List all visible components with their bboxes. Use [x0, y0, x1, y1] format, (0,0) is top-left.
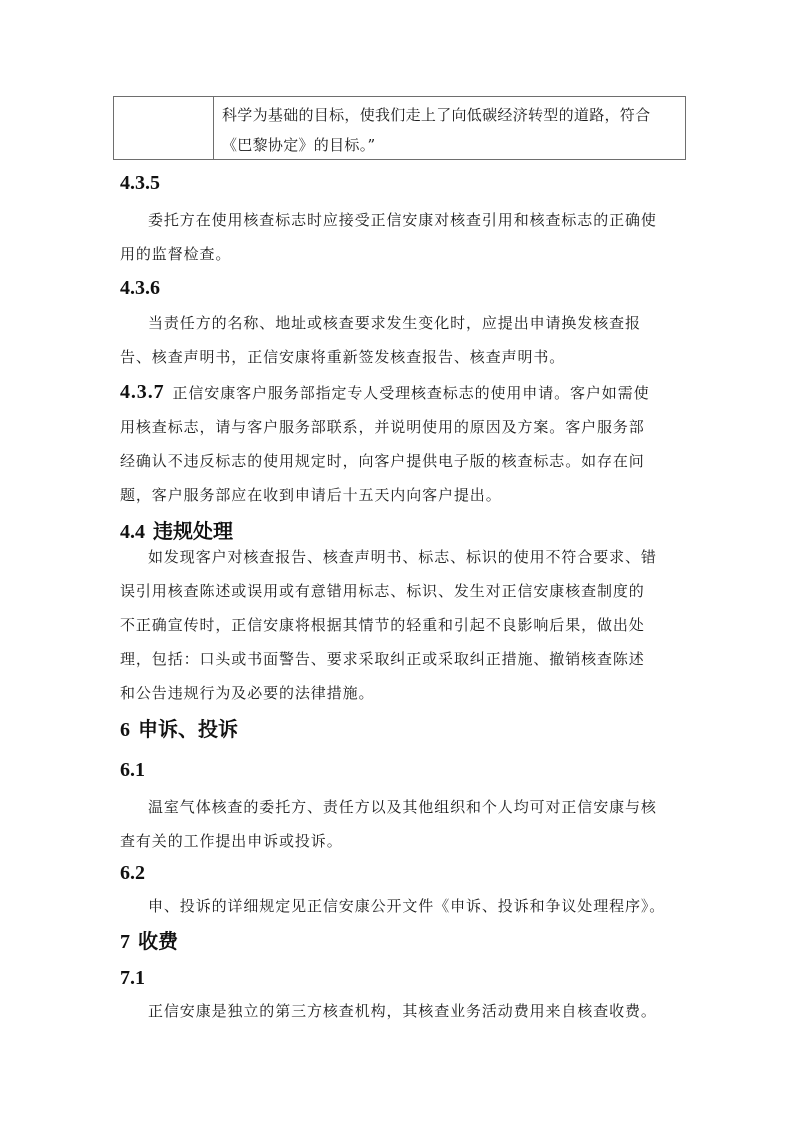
paragraph-text: 申、投诉的详细规定见正信安康公开文件《申诉、投诉和争议处理程序》。 — [148, 897, 665, 915]
section-number: 6 — [120, 719, 130, 741]
heading-4-3-5: 4.3.5 — [120, 172, 160, 195]
heading-7-1: 7.1 — [120, 967, 145, 990]
section-title: 申诉、投诉 — [138, 719, 238, 741]
paragraph-text: 委托方在使用核查标志时应接受正信安康对核查引用和核查标志的正确使用的监督检查。 — [120, 211, 657, 263]
paragraph-4-3-5: 委托方在使用核查标志时应接受正信安康对核查引用和核查标志的正确使用的监督检查。 — [120, 203, 660, 271]
paragraph-4-4: 如发现客户对核查报告、核查声明书、标志、标识的使用不符合要求、错误引用核查陈述或… — [120, 540, 660, 710]
paragraph-7-1: 正信安康是独立的第三方核查机构，其核查业务活动费用来自核查收费。 — [120, 994, 680, 1028]
section-title: 收费 — [138, 931, 178, 953]
paragraph-text: 如发现客户对核查报告、核查声明书、标志、标识的使用不符合要求、错误引用核查陈述或… — [120, 548, 657, 702]
heading-6-2: 6.2 — [120, 862, 145, 885]
table-left-cell — [114, 97, 214, 159]
paragraph-text: 当责任方的名称、地址或核查要求发生变化时，应提出申请换发核查报告、核查声明书，正… — [120, 314, 641, 366]
table-right-cell: 科学为基础的目标，使我们走上了向低碳经济转型的道路，符合《巴黎协定》的目标。” — [214, 97, 685, 159]
paragraph-text: 正信安康是独立的第三方核查机构，其核查业务活动费用来自核查收费。 — [148, 1002, 657, 1020]
heading-4-3-6: 4.3.6 — [120, 277, 160, 300]
heading-4-3-7: 4.3.7 — [120, 381, 165, 403]
paragraph-6-2: 申、投诉的详细规定见正信安康公开文件《申诉、投诉和争议处理程序》。 — [120, 889, 680, 923]
paragraph-text: 正信安康客户服务部指定专人受理核查标志的使用申请。客户如需使用核查标志，请与客户… — [120, 384, 650, 504]
section-number: 7 — [120, 931, 130, 953]
heading-6-1: 6.1 — [120, 759, 145, 782]
paragraph-4-3-6: 当责任方的名称、地址或核查要求发生变化时，应提出申请换发核查报告、核查声明书，正… — [120, 306, 660, 374]
paragraph-6-1: 温室气体核查的委托方、责任方以及其他组织和个人均可对正信安康与核查有关的工作提出… — [120, 790, 660, 858]
paragraph-text: 温室气体核查的委托方、责任方以及其他组织和个人均可对正信安康与核查有关的工作提出… — [120, 798, 657, 850]
quote-table: 科学为基础的目标，使我们走上了向低碳经济转型的道路，符合《巴黎协定》的目标。” — [113, 96, 686, 160]
heading-6: 6申诉、投诉 — [120, 713, 238, 742]
document-page: 科学为基础的目标，使我们走上了向低碳经济转型的道路，符合《巴黎协定》的目标。” … — [0, 0, 800, 1131]
paragraph-4-3-7: 4.3.7正信安康客户服务部指定专人受理核查标志的使用申请。客户如需使用核查标志… — [120, 375, 660, 512]
heading-7: 7收费 — [120, 925, 178, 954]
